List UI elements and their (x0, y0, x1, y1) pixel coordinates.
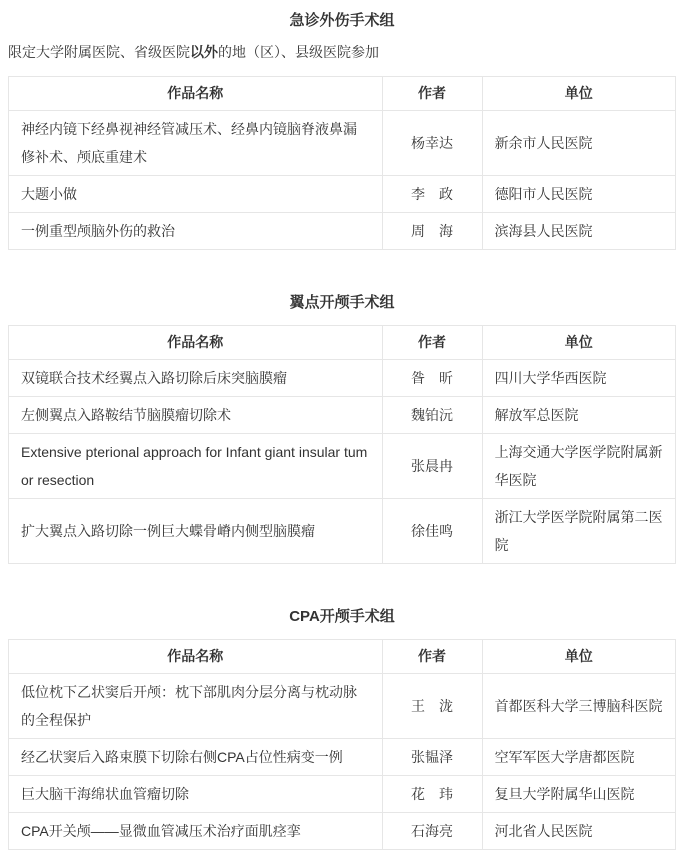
note-prefix: 限定大学附属医院、省级医院 (8, 44, 190, 60)
cell-unit: 空军军医大学唐都医院 (482, 739, 675, 776)
table-row: 巨大脑干海绵状血管瘤切除 花 玮 复旦大学附属华山医院 (9, 776, 676, 813)
entries-table: 作品名称 作者 单位 神经内镜下经鼻视神经管减压术、经鼻内镜脑脊液鼻漏修补术、颅… (8, 76, 676, 250)
table-header-row: 作品名称 作者 单位 (9, 326, 676, 360)
cell-author: 张韫泽 (382, 739, 482, 776)
entries-table: 作品名称 作者 单位 双镜联合技术经翼点入路切除后床突脑膜瘤 昝 昕 四川大学华… (8, 325, 676, 564)
cell-work-name: 巨大脑干海绵状血管瘤切除 (9, 776, 383, 813)
table-row: 低位枕下乙状窦后开颅：枕下部肌肉分层分离与枕动脉的全程保护 王 泷 首都医科大学… (9, 674, 676, 739)
cell-unit: 复旦大学附属华山医院 (482, 776, 675, 813)
section-title: 翼点开颅手术组 (8, 292, 676, 314)
col-header-author: 作者 (382, 326, 482, 360)
col-header-work-name: 作品名称 (9, 77, 383, 111)
cell-unit: 德阳市人民医院 (482, 176, 675, 213)
cell-author: 石海亮 (382, 813, 482, 850)
entries-table: 作品名称 作者 单位 低位枕下乙状窦后开颅：枕下部肌肉分层分离与枕动脉的全程保护… (8, 639, 676, 850)
cell-unit: 四川大学华西医院 (482, 360, 675, 397)
cell-author: 魏铂沅 (382, 397, 482, 434)
cell-author: 张晨冉 (382, 434, 482, 499)
table-row: 左侧翼点入路鞍结节脑膜瘤切除术 魏铂沅 解放军总医院 (9, 397, 676, 434)
col-header-unit: 单位 (482, 326, 675, 360)
cell-author: 徐佳鸣 (382, 499, 482, 564)
col-header-author: 作者 (382, 77, 482, 111)
cell-work-name: 左侧翼点入路鞍结节脑膜瘤切除术 (9, 397, 383, 434)
cell-author: 王 泷 (382, 674, 482, 739)
cell-work-name: 双镜联合技术经翼点入路切除后床突脑膜瘤 (9, 360, 383, 397)
table-row: 经乙状窦后入路束膜下切除右侧CPA占位性病变一例 张韫泽 空军军医大学唐都医院 (9, 739, 676, 776)
cell-unit: 滨海县人民医院 (482, 213, 675, 250)
cell-author: 花 玮 (382, 776, 482, 813)
cell-author: 杨幸达 (382, 111, 482, 176)
section-note: 限定大学附属医院、省级医院以外的地（区）、县级医院参加 (8, 41, 676, 63)
cell-unit: 河北省人民医院 (482, 813, 675, 850)
col-header-unit: 单位 (482, 640, 675, 674)
cell-work-name: 大题小做 (9, 176, 383, 213)
table-row: 大题小做 李 政 德阳市人民医院 (9, 176, 676, 213)
table-header-row: 作品名称 作者 单位 (9, 77, 676, 111)
col-header-work-name: 作品名称 (9, 640, 383, 674)
page: 急诊外伤手术组 限定大学附属医院、省级医院以外的地（区）、县级医院参加 作品名称… (0, 0, 684, 860)
section-title: 急诊外伤手术组 (8, 10, 676, 32)
col-header-work-name: 作品名称 (9, 326, 383, 360)
col-header-unit: 单位 (482, 77, 675, 111)
cell-unit: 解放军总医院 (482, 397, 675, 434)
cell-unit: 上海交通大学医学院附属新华医院 (482, 434, 675, 499)
table-row: Extensive pterional approach for Infant … (9, 434, 676, 499)
cell-author: 周 海 (382, 213, 482, 250)
cell-work-name: 经乙状窦后入路束膜下切除右侧CPA占位性病变一例 (9, 739, 383, 776)
cell-unit: 新余市人民医院 (482, 111, 675, 176)
cell-work-name: 一例重型颅脑外伤的救治 (9, 213, 383, 250)
cell-work-name: 低位枕下乙状窦后开颅：枕下部肌肉分层分离与枕动脉的全程保护 (9, 674, 383, 739)
col-header-author: 作者 (382, 640, 482, 674)
cell-work-name: Extensive pterional approach for Infant … (9, 434, 383, 499)
section-cpa-group: CPA开颅手术组 作品名称 作者 单位 低位枕下乙状窦后开颅：枕下部肌肉分层分离… (8, 606, 676, 850)
table-row: 双镜联合技术经翼点入路切除后床突脑膜瘤 昝 昕 四川大学华西医院 (9, 360, 676, 397)
note-suffix: 的地（区）、县级医院参加 (218, 44, 379, 60)
cell-author: 昝 昕 (382, 360, 482, 397)
section-pterional-group: 翼点开颅手术组 作品名称 作者 单位 双镜联合技术经翼点入路切除后床突脑膜瘤 昝… (8, 292, 676, 564)
cell-work-name: CPA开关颅——显微血管减压术治疗面肌痉挛 (9, 813, 383, 850)
section-title: CPA开颅手术组 (8, 606, 676, 628)
table-row: 神经内镜下经鼻视神经管减压术、经鼻内镜脑脊液鼻漏修补术、颅底重建术 杨幸达 新余… (9, 111, 676, 176)
cell-unit: 浙江大学医学院附属第二医院 (482, 499, 675, 564)
section-emergency-trauma-group: 急诊外伤手术组 限定大学附属医院、省级医院以外的地（区）、县级医院参加 作品名称… (8, 10, 676, 250)
cell-work-name: 扩大翼点入路切除一例巨大蝶骨嵴内侧型脑膜瘤 (9, 499, 383, 564)
table-row: 一例重型颅脑外伤的救治 周 海 滨海县人民医院 (9, 213, 676, 250)
table-row: CPA开关颅——显微血管减压术治疗面肌痉挛 石海亮 河北省人民医院 (9, 813, 676, 850)
cell-author: 李 政 (382, 176, 482, 213)
table-row: 扩大翼点入路切除一例巨大蝶骨嵴内侧型脑膜瘤 徐佳鸣 浙江大学医学院附属第二医院 (9, 499, 676, 564)
note-emphasis: 以外 (190, 44, 218, 60)
table-header-row: 作品名称 作者 单位 (9, 640, 676, 674)
cell-work-name: 神经内镜下经鼻视神经管减压术、经鼻内镜脑脊液鼻漏修补术、颅底重建术 (9, 111, 383, 176)
cell-unit: 首都医科大学三博脑科医院 (482, 674, 675, 739)
